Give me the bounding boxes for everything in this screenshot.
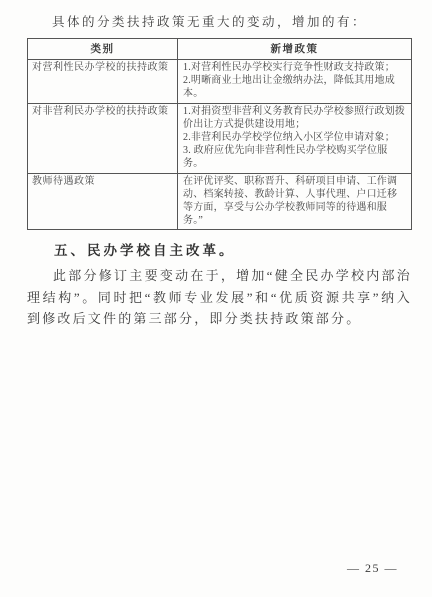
policy-line: 2.明晰商业土地出让金缴纳办法，降低其用地成本。 bbox=[183, 74, 407, 100]
policy-cell: 1.对营利性民办学校实行竞争性财政支持政策； 2.明晰商业土地出让金缴纳办法，降… bbox=[178, 60, 412, 104]
col-header-category: 类别 bbox=[28, 39, 178, 60]
table-row: 教师待遇政策 在评优评奖、职称晋升、科研项目申请、工作调动、档案转接、教龄计算、… bbox=[28, 173, 412, 230]
table-row: 对非营利民办学校的扶持政策 1.对捐资型非营利义务教育民办学校参照行政划拨价出让… bbox=[28, 103, 412, 173]
policy-line: 3. 政府应优先向非营利性民办学校购买学位服务。 bbox=[183, 144, 407, 170]
table-header-row: 类别 新增政策 bbox=[28, 39, 412, 60]
section-heading: 五、民办学校自主改革。 bbox=[27, 239, 412, 259]
policy-table: 类别 新增政策 对营利性民办学校的扶持政策 1.对营利性民办学校实行竞争性财政支… bbox=[27, 38, 412, 230]
col-header-new-policy: 新增政策 bbox=[178, 39, 412, 60]
policy-line: 1.对营利性民办学校实行竞争性财政支持政策； bbox=[183, 61, 407, 74]
category-cell: 对营利性民办学校的扶持政策 bbox=[28, 60, 178, 104]
document-page: 具体的分类扶持政策无重大的变动，增加的有： 类别 新增政策 对营利性民办学校的扶… bbox=[0, 0, 432, 597]
page-number: — 25 — bbox=[347, 561, 398, 576]
policy-line: 在评优评奖、职称晋升、科研项目申请、工作调动、档案转接、教龄计算、人事代理、户口… bbox=[183, 175, 407, 228]
category-cell: 对非营利民办学校的扶持政策 bbox=[28, 103, 178, 173]
policy-cell: 在评优评奖、职称晋升、科研项目申请、工作调动、档案转接、教龄计算、人事代理、户口… bbox=[178, 173, 412, 230]
body-paragraph: 此部分修订主要变动在于，增加“健全民办学校内部治理结构”。同时把“教师专业发展”… bbox=[27, 265, 412, 330]
intro-paragraph: 具体的分类扶持政策无重大的变动，增加的有： bbox=[27, 13, 412, 32]
policy-line: 2.非营利民办学校学位纳入小区学位申请对象； bbox=[183, 131, 407, 144]
table-row: 对营利性民办学校的扶持政策 1.对营利性民办学校实行竞争性财政支持政策； 2.明… bbox=[28, 60, 412, 104]
policy-line: 1.对捐资型非营利义务教育民办学校参照行政划拨价出让方式提供建设用地； bbox=[183, 105, 407, 131]
policy-cell: 1.对捐资型非营利义务教育民办学校参照行政划拨价出让方式提供建设用地； 2.非营… bbox=[178, 103, 412, 173]
category-cell: 教师待遇政策 bbox=[28, 173, 178, 230]
